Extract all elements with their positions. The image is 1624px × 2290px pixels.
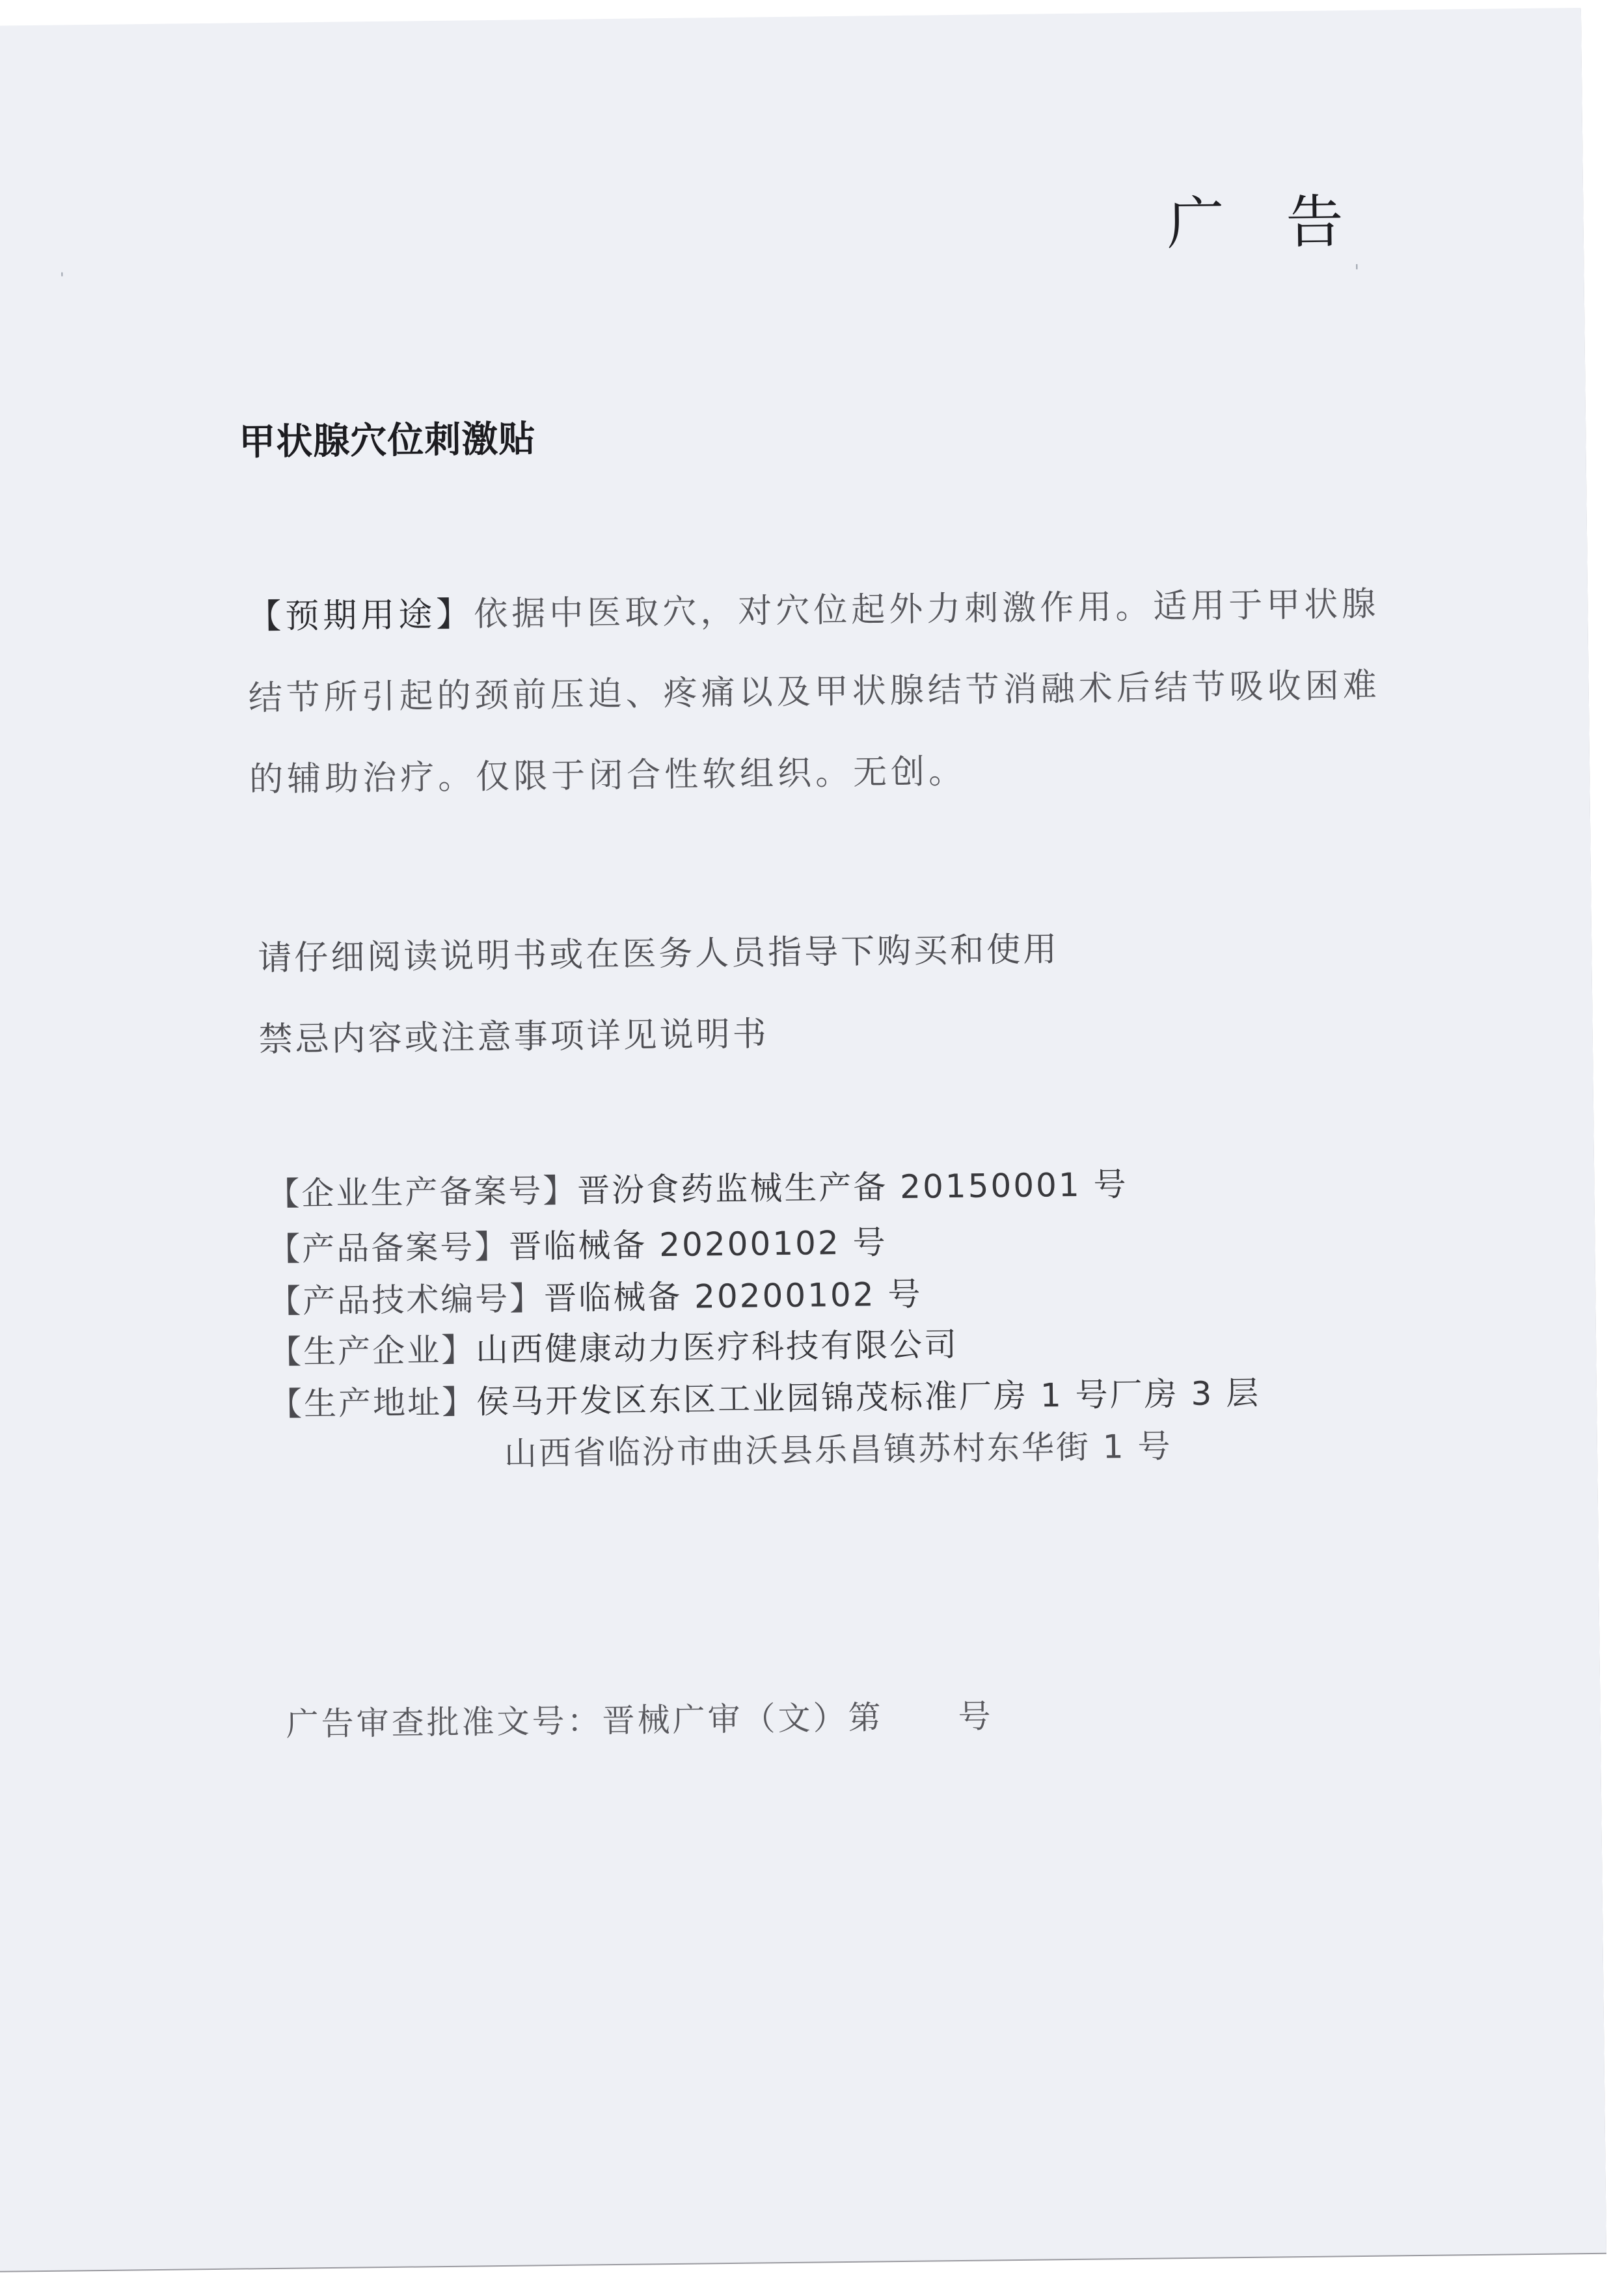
title-char-1: 广 — [1167, 189, 1225, 257]
scan-speck — [1356, 264, 1357, 269]
registration-row: 【企业生产备案号】晋汾食药监械生产备 20150001 号 — [267, 1158, 1128, 1215]
address-line-2: 山西省临汾市曲沃县乐昌镇苏村东华街 1 号 — [504, 1420, 1172, 1475]
title-char-2: 告 — [1286, 188, 1344, 256]
registration-value: 晋临械备 20200102 号 — [544, 1275, 923, 1318]
approval-suffix: 号 — [958, 1697, 994, 1736]
registration-value: 晋汾食药监械生产备 20150001 号 — [577, 1165, 1128, 1210]
registration-row: 【产品技术编号】晋临械备 20200102 号 — [268, 1268, 923, 1322]
intended-use-line-2: 结节所引起的颈前压迫、疼痛以及甲状腺结节消融术后结节吸收困难 — [248, 658, 1381, 720]
registration-label: 【产品技术编号】 — [268, 1279, 545, 1320]
registration-value: 晋临械备 20200102 号 — [509, 1223, 887, 1266]
approval-blank — [884, 1728, 958, 1728]
registration-row: 【产品备案号】晋临械备 20200102 号 — [267, 1216, 887, 1270]
intended-use-line-1: 【预期用途】依据中医取穴，对穴位起外力刺激作用。适用于甲状腺 — [247, 577, 1380, 638]
intended-use-line-3: 的辅助治疗。仅限于闭合性软组织。无创。 — [249, 744, 967, 800]
product-name: 甲状腺穴位刺激贴 — [239, 410, 536, 465]
registration-value: 山西健康动力医疗科技有限公司 — [476, 1326, 959, 1369]
approval-number: 广告审查批准文号：晋械广审（文）第号 — [286, 1690, 994, 1745]
registration-row: 【生产企业】山西健康动力医疗科技有限公司 — [269, 1318, 959, 1373]
registration-label: 【生产地址】 — [269, 1383, 477, 1423]
notice-read-instructions: 请仔细阅读说明书或在医务人员指导下购买和使用 — [258, 921, 1060, 979]
registration-row: 【生产地址】侯马开发区东区工业园锦茂标准厂房 1 号厂房 3 层 — [269, 1367, 1261, 1425]
approval-prefix: 广告审查批准文号：晋械广审（文）第 — [286, 1698, 884, 1743]
page-title: 广告 — [1167, 176, 1344, 260]
registration-label: 【企业生产备案号】 — [267, 1172, 578, 1213]
intended-use-text-1: 依据中医取穴，对穴位起外力刺激作用。适用于甲状腺 — [474, 585, 1380, 634]
registration-label: 【生产企业】 — [269, 1331, 476, 1371]
registration-label: 【产品备案号】 — [267, 1228, 509, 1268]
scanned-page: 广告 甲状腺穴位刺激贴 【预期用途】依据中医取穴，对穴位起外力刺激作用。适用于甲… — [0, 8, 1606, 2271]
intended-use-label: 【预期用途】 — [247, 595, 474, 636]
registration-value: 侯马开发区东区工业园锦茂标准厂房 1 号厂房 3 层 — [476, 1374, 1261, 1421]
notice-contraindications: 禁忌内容或注意事项详见说明书 — [258, 1006, 769, 1061]
scan-speck — [61, 272, 62, 276]
